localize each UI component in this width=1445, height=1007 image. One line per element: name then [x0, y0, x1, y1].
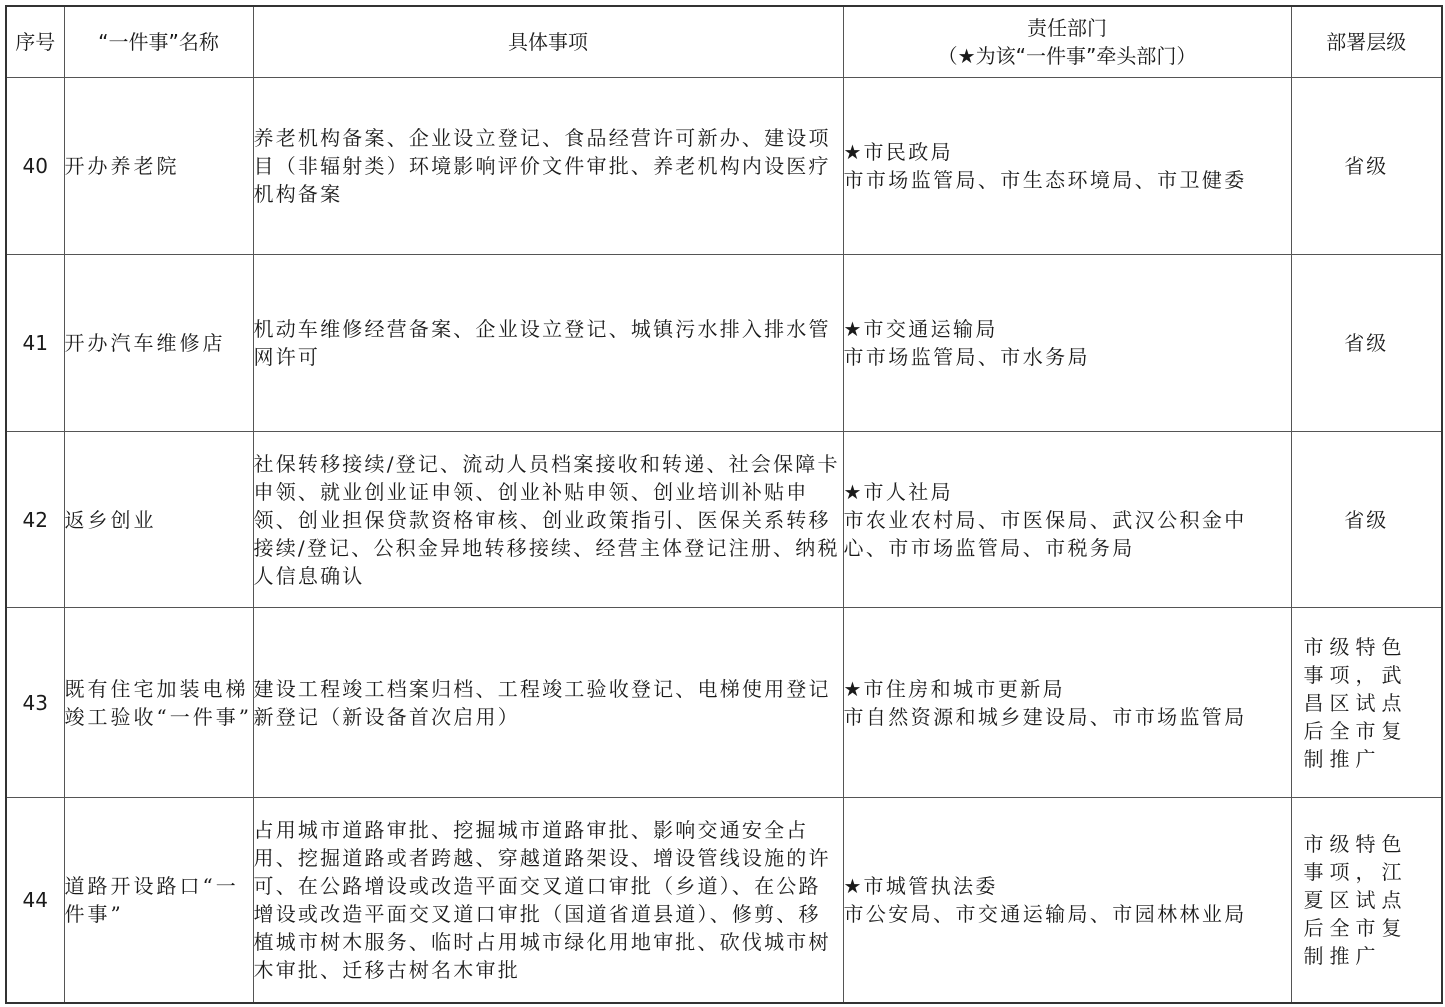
other-depts: 市市场监管局、市水务局	[844, 343, 1291, 371]
other-depts: 市农业农村局、市医保局、武汉公积金中心、市市场监管局、市税务局	[844, 506, 1291, 562]
lead-dept-name: 市民政局	[863, 140, 953, 164]
row-seq: 43	[6, 608, 64, 798]
other-depts: 市自然资源和城乡建设局、市市场监管局	[844, 703, 1291, 731]
table-row: 41 开办汽车维修店 机动车维修经营备案、企业设立登记、城镇污水排入排水管网许可…	[6, 255, 1442, 432]
table-row: 42 返乡创业 社保转移接续/登记、流动人员档案接收和转递、社会保障卡申领、就业…	[6, 432, 1442, 608]
lead-dept-name: 市城管执法委	[863, 874, 997, 898]
row-dept: ★市交通运输局 市市场监管局、市水务局	[843, 255, 1291, 432]
lead-dept-name: 市人社局	[863, 480, 953, 504]
other-depts: 市公安局、市交通运输局、市园林林业局	[844, 900, 1291, 928]
row-items: 社保转移接续/登记、流动人员档案接收和转递、社会保障卡申领、就业创业证申领、创业…	[253, 432, 843, 608]
lead-dept: ★市民政局	[844, 138, 1291, 166]
row-level: 省级	[1291, 78, 1442, 255]
row-level: 省级	[1291, 255, 1442, 432]
lead-dept-name: 市住房和城市更新局	[863, 677, 1065, 701]
matters-table: 序号 “一件事”名称 具体事项 责任部门 （★为该“一件事”牵头部门） 部署层级…	[5, 5, 1443, 1004]
lead-dept: ★市人社局	[844, 478, 1291, 506]
row-items: 机动车维修经营备案、企业设立登记、城镇污水排入排水管网许可	[253, 255, 843, 432]
header-dept: 责任部门 （★为该“一件事”牵头部门）	[843, 6, 1291, 78]
lead-dept-name: 市交通运输局	[863, 317, 997, 341]
row-seq: 42	[6, 432, 64, 608]
row-items: 建设工程竣工档案归档、工程竣工验收登记、电梯使用登记新登记（新设备首次启用）	[253, 608, 843, 798]
header-dept-title: 责任部门	[844, 14, 1291, 42]
table-row: 44 道路开设路口“一件事” 占用城市道路审批、挖掘城市道路审批、影响交通安全占…	[6, 798, 1442, 1003]
star-icon: ★	[844, 140, 862, 164]
row-seq: 44	[6, 798, 64, 1003]
row-seq: 40	[6, 78, 64, 255]
row-name: 返乡创业	[64, 432, 253, 608]
star-icon: ★	[844, 677, 862, 701]
row-level: 省级	[1291, 432, 1442, 608]
table-row: 40 开办养老院 养老机构备案、企业设立登记、食品经营许可新办、建设项目（非辐射…	[6, 78, 1442, 255]
header-dept-note: （★为该“一件事”牵头部门）	[844, 42, 1291, 70]
row-level: 市级特色事项，江夏区试点后全市复制推广	[1291, 798, 1442, 1003]
header-seq: 序号	[6, 6, 64, 78]
row-seq: 41	[6, 255, 64, 432]
lead-dept: ★市城管执法委	[844, 872, 1291, 900]
star-icon: ★	[844, 874, 862, 898]
header-name: “一件事”名称	[64, 6, 253, 78]
row-name: 开办汽车维修店	[64, 255, 253, 432]
other-depts: 市市场监管局、市生态环境局、市卫健委	[844, 166, 1291, 194]
header-items: 具体事项	[253, 6, 843, 78]
header-row: 序号 “一件事”名称 具体事项 责任部门 （★为该“一件事”牵头部门） 部署层级	[6, 6, 1442, 78]
row-items: 养老机构备案、企业设立登记、食品经营许可新办、建设项目（非辐射类）环境影响评价文…	[253, 78, 843, 255]
row-name: 既有住宅加装电梯竣工验收“一件事”	[64, 608, 253, 798]
lead-dept: ★市住房和城市更新局	[844, 675, 1291, 703]
row-dept: ★市民政局 市市场监管局、市生态环境局、市卫健委	[843, 78, 1291, 255]
star-icon: ★	[844, 317, 862, 341]
row-name: 开办养老院	[64, 78, 253, 255]
lead-dept: ★市交通运输局	[844, 315, 1291, 343]
header-level: 部署层级	[1291, 6, 1442, 78]
row-dept: ★市住房和城市更新局 市自然资源和城乡建设局、市市场监管局	[843, 608, 1291, 798]
row-dept: ★市人社局 市农业农村局、市医保局、武汉公积金中心、市市场监管局、市税务局	[843, 432, 1291, 608]
row-dept: ★市城管执法委 市公安局、市交通运输局、市园林林业局	[843, 798, 1291, 1003]
row-level: 市级特色事项，武昌区试点后全市复制推广	[1291, 608, 1442, 798]
row-items: 占用城市道路审批、挖掘城市道路审批、影响交通安全占用、挖掘道路或者跨越、穿越道路…	[253, 798, 843, 1003]
star-icon: ★	[844, 480, 862, 504]
row-name: 道路开设路口“一件事”	[64, 798, 253, 1003]
table-row: 43 既有住宅加装电梯竣工验收“一件事” 建设工程竣工档案归档、工程竣工验收登记…	[6, 608, 1442, 798]
